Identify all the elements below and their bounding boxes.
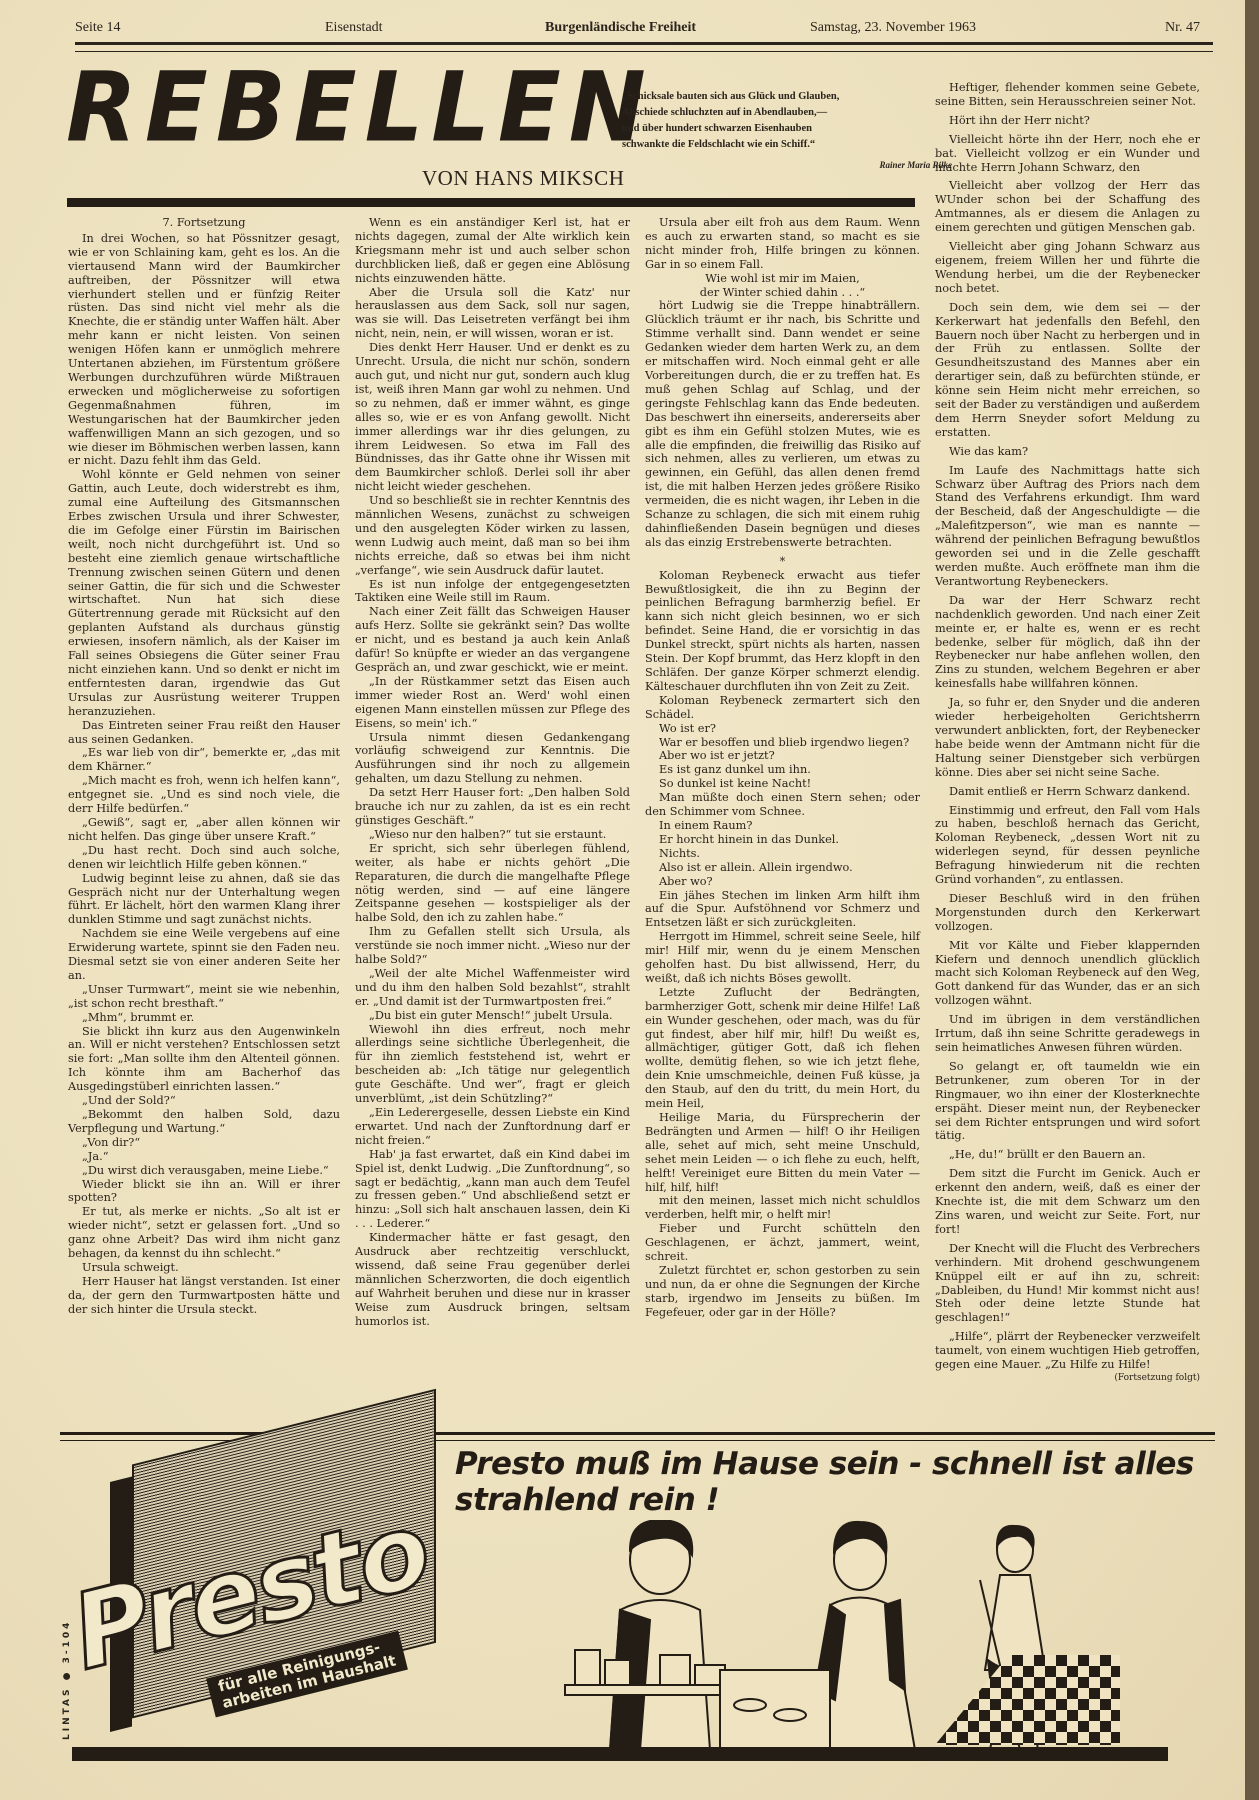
article-paragraph: Mit vor Kälte und Fieber klappernden Kie… bbox=[935, 939, 1200, 1009]
article-paragraph: „Ja.“ bbox=[68, 1150, 340, 1164]
article-paragraph: Aber wo ist er jetzt? bbox=[645, 749, 920, 763]
issue-number: Nr. 47 bbox=[1165, 20, 1200, 36]
article-paragraph: „Unser Turmwart“, meint sie wie nebenhin… bbox=[68, 983, 340, 1011]
article-paragraph: So dunkel ist keine Nacht! bbox=[645, 777, 920, 791]
article-paragraph: Nachdem sie eine Weile vergebens auf ein… bbox=[68, 927, 340, 983]
article-paragraph: „In der Rüstkammer setzt das Eisen auch … bbox=[355, 675, 630, 731]
article-paragraph: Wie das kam? bbox=[935, 445, 1200, 459]
page-number: Seite 14 bbox=[75, 20, 121, 36]
article-paragraph: Das Eintreten seiner Frau reißt den Haus… bbox=[68, 719, 340, 747]
motto-line: „Schicksale bauten sich aus Glück und Gl… bbox=[622, 89, 952, 105]
article-paragraph: hört Ludwig sie die Treppe hinabträllern… bbox=[645, 299, 920, 549]
newspaper-name: Burgenländische Freiheit bbox=[545, 20, 696, 36]
article-paragraph: Der Knecht will die Flucht des Verbreche… bbox=[935, 1242, 1200, 1325]
article-paragraph: Da war der Herr Schwarz recht nachdenkli… bbox=[935, 594, 1200, 691]
installment-label: 7. Fortsetzung bbox=[68, 216, 340, 230]
article-paragraph: War er besoffen und blieb irgendwo liege… bbox=[645, 736, 920, 750]
article-paragraph: „He, du!“ brüllt er den Bauern an. bbox=[935, 1148, 1200, 1162]
article-paragraph: Einstimmig und erfreut, den Fall vom Hal… bbox=[935, 804, 1200, 887]
article-paragraph: „Gewiß“, sagt er, „aber allen können wir… bbox=[68, 816, 340, 844]
article-paragraph: Man müßte doch einen Stern sehen; oder d… bbox=[645, 791, 920, 819]
article-paragraph: In einem Raum? bbox=[645, 819, 920, 833]
article-paragraph: Vielleicht aber vollzog der Herr das WUn… bbox=[935, 179, 1200, 235]
article-paragraph: Und im übrigen in dem verständlichen Irr… bbox=[935, 1013, 1200, 1055]
article-paragraph: Fieber und Furcht schütteln den Geschlag… bbox=[645, 1222, 920, 1264]
article-paragraph: Wo ist er? bbox=[645, 722, 920, 736]
article-paragraph: Zuletzt fürchtet er, schon gestorben zu … bbox=[645, 1264, 920, 1320]
article-paragraph: Er horcht hinein in das Dunkel. bbox=[645, 833, 920, 847]
article-paragraph: „Mhm“, brummt er. bbox=[68, 1011, 340, 1025]
continued-note: (Fortsetzung folgt) bbox=[935, 1372, 1200, 1386]
article-paragraph: Ursula schweigt. bbox=[68, 1261, 340, 1275]
article-paragraph: Da setzt Herr Hauser fort: „Den halben S… bbox=[355, 786, 630, 828]
article-paragraph: Ein jähes Stechen im linken Arm hilft ih… bbox=[645, 889, 920, 931]
ad-slogan: Presto muß im Hause sein - schnell ist a… bbox=[455, 1446, 1259, 1518]
article-paragraph: Damit entließ er Herrn Schwarz dankend. bbox=[935, 785, 1200, 799]
article-paragraph: Im Laufe des Nachmittags hatte sich Schw… bbox=[935, 464, 1200, 589]
article-paragraph: Es ist ganz dunkel um ihn. bbox=[645, 763, 920, 777]
article-paragraph: Ihm zu Gefallen stellt sich Ursula, als … bbox=[355, 925, 630, 967]
article-paragraph: Koloman Reybeneck zermartert sich den Sc… bbox=[645, 694, 920, 722]
article-paragraph: Ja, so fuhr er, den Snyder und die ander… bbox=[935, 696, 1200, 779]
issue-date: Samstag, 23. November 1963 bbox=[810, 20, 976, 36]
article-paragraph: Aber wo? bbox=[645, 875, 920, 889]
article-paragraph: Wenn es ein anständiger Kerl ist, hat er… bbox=[355, 216, 630, 286]
article-paragraph: Nichts. bbox=[645, 847, 920, 861]
article-paragraph: Heftiger, flehender kommen seine Gebete,… bbox=[935, 81, 1200, 109]
article-paragraph: Aber die Ursula soll die Katz' nur herau… bbox=[355, 286, 630, 342]
article-paragraph: Heilige Maria, du Fürsprecherin der Bedr… bbox=[645, 1111, 920, 1194]
page-edge bbox=[1245, 0, 1259, 1800]
article-column-4: Heftiger, flehender kommen seine Gebete,… bbox=[935, 76, 1200, 1386]
article-paragraph: „Du wirst dich verausgaben, meine Liebe.… bbox=[68, 1164, 340, 1178]
ad-baseline bbox=[72, 1747, 1168, 1761]
article-paragraph: Doch sein dem, wie dem sei — der Kerkerw… bbox=[935, 301, 1200, 440]
article-column-2: Wenn es ein anständiger Kerl ist, hat er… bbox=[355, 216, 630, 1329]
motto-line: Abschiede schluchzten auf in Abendlauben… bbox=[622, 105, 952, 121]
article-paragraph: Es ist nun infolge der entgegengesetzten… bbox=[355, 578, 630, 606]
article-paragraph: Er spricht, sich sehr überlegen fühlend,… bbox=[355, 842, 630, 925]
article-paragraph: „Es war lieb von dir“, bemerkte er, „das… bbox=[68, 746, 340, 774]
agency-code: LINTAS ● 3-104 bbox=[62, 1620, 72, 1740]
article-paragraph: „Wieso nur den halben?“ tut sie erstaunt… bbox=[355, 828, 630, 842]
article-paragraph: „Ein Lederergeselle, dessen Liebste ein … bbox=[355, 1106, 630, 1148]
article-paragraph: Dem sitzt die Furcht im Genick. Auch er … bbox=[935, 1167, 1200, 1237]
article-paragraph: „Du hast recht. Doch sind auch solche, d… bbox=[68, 844, 340, 872]
motto-line: schwankte die Feldschlacht wie ein Schif… bbox=[622, 137, 952, 153]
article-paragraph: Kindermacher hätte er fast gesagt, den A… bbox=[355, 1231, 630, 1328]
masthead-place: Eisenstadt bbox=[325, 20, 383, 36]
article-paragraph: „Hilfe“, plärrt der Reybenecker verzweif… bbox=[935, 1330, 1200, 1372]
article-paragraph: Nach einer Zeit fällt das Schweigen Haus… bbox=[355, 605, 630, 675]
article-byline: VON HANS MIKSCH bbox=[422, 166, 624, 191]
article-paragraph: Hört ihn der Herr nicht? bbox=[935, 114, 1200, 128]
article-paragraph: Vielleicht aber ging Johann Schwarz aus … bbox=[935, 240, 1200, 296]
article-paragraph: Wieder blickt sie ihn an. Will er ihrer … bbox=[68, 1178, 340, 1206]
article-paragraph: Ursula nimmt diesen Gedankengang vorläuf… bbox=[355, 731, 630, 787]
article-paragraph: Also ist er allein. Allein irgendwo. bbox=[645, 861, 920, 875]
article-paragraph: Dieser Beschluß wird in den frühen Morge… bbox=[935, 892, 1200, 934]
article-paragraph: Dies denkt Herr Hauser. Und er denkt es … bbox=[355, 341, 630, 494]
article-paragraph: „Mich macht es froh, wenn ich helfen kan… bbox=[68, 774, 340, 816]
article-paragraph: * bbox=[645, 555, 920, 569]
article-paragraph: Vielleicht hörte ihn der Herr, noch ehe … bbox=[935, 133, 1200, 175]
article-paragraph: Er tut, als merke er nichts. „So alt ist… bbox=[68, 1205, 340, 1261]
article-paragraph: „Weil der alte Michel Waffenmeister wird… bbox=[355, 967, 630, 1009]
article-paragraph: „Bekommt den halben Sold, dazu Verpflegu… bbox=[68, 1108, 340, 1136]
article-paragraph: Wohl könnte er Geld nehmen von seiner Ga… bbox=[68, 468, 340, 718]
article-paragraph: Herr Hauser hat längst verstanden. Ist e… bbox=[68, 1275, 340, 1317]
motto-author: Rainer Maria Rilke bbox=[622, 157, 952, 173]
article-paragraph: Wiewohl ihn dies erfreut, noch mehr alle… bbox=[355, 1023, 630, 1106]
article-paragraph: So gelangt er, oft taumeldn wie ein Betr… bbox=[935, 1060, 1200, 1143]
masthead: Seite 14 Eisenstadt Burgenländische Frei… bbox=[75, 20, 1205, 40]
article-paragraph: Letzte Zuflucht der Bedrängten, barmherz… bbox=[645, 986, 920, 1111]
article-paragraph: „Du bist ein guter Mensch!“ jubelt Ursul… bbox=[355, 1009, 630, 1023]
article-paragraph: Ursula aber eilt froh aus dem Raum. Wenn… bbox=[645, 216, 920, 272]
article-paragraph: Wie wohl ist mir im Maien, der Winter sc… bbox=[645, 272, 920, 300]
article-paragraph: Und so beschließt sie in rechter Kenntni… bbox=[355, 494, 630, 577]
article-paragraph: Herrgott im Himmel, schreit seine Seele,… bbox=[645, 930, 920, 986]
article-paragraph: „Von dir?“ bbox=[68, 1136, 340, 1150]
title-rule bbox=[67, 198, 915, 207]
article-paragraph: Hab' ja fast erwartet, daß ein Kind dabe… bbox=[355, 1148, 630, 1231]
article-paragraph: Koloman Reybeneck erwacht aus tiefer Bew… bbox=[645, 569, 920, 694]
article-column-1: 7. Fortsetzung In drei Wochen, so hat Pö… bbox=[68, 216, 340, 1317]
motto-quote: „Schicksale bauten sich aus Glück und Gl… bbox=[622, 89, 952, 173]
article-title: REBELLEN bbox=[66, 60, 654, 157]
article-paragraph: mit den meinen, lasset mich nicht schuld… bbox=[645, 1194, 920, 1222]
article-paragraph: Sie blickt ihn kurz aus den Augenwinkeln… bbox=[68, 1025, 340, 1095]
article-paragraph: „Und der Sold?“ bbox=[68, 1094, 340, 1108]
article-column-3: Ursula aber eilt froh aus dem Raum. Wenn… bbox=[645, 216, 920, 1320]
article-paragraph: Ludwig beginnt leise zu ahnen, daß sie d… bbox=[68, 872, 340, 928]
article-paragraph: In drei Wochen, so hat Pössnitzer gesagt… bbox=[68, 232, 340, 468]
motto-line: und über hundert schwarzen Eisenhauben bbox=[622, 121, 952, 137]
